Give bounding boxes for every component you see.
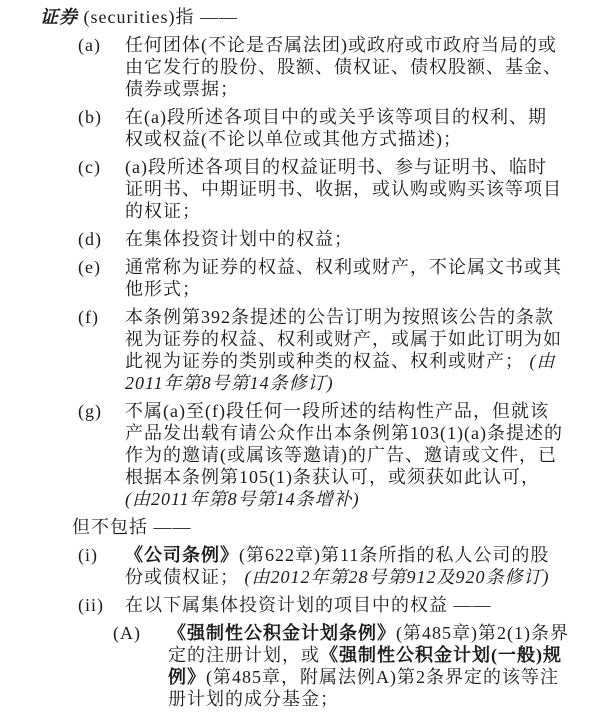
- text-segment: 《强制性公积金计划条例》: [168, 623, 396, 643]
- defined-term-intro-rest: (securities)指 ——: [78, 7, 238, 27]
- item-text: (a)段所述各项目的权益证明书、参与证明书、临时证明书、中期证明书、收据，或认购…: [125, 156, 564, 222]
- exclusion-item-i: (i)《公司条例》(第622章)第11条所指的私人公司的股份或债权证； (由20…: [78, 544, 572, 588]
- item-text: 在(a)段所述各项目中的或关乎该等项目的权利、期权或权益(不论以单位或其他方式描…: [125, 106, 564, 150]
- exclusion-intro: 但不包括 ——: [72, 516, 572, 538]
- document-body: { "page": { "background_color": "#ffffff…: [0, 0, 600, 720]
- item-label: (A): [113, 622, 168, 644]
- item-label: (i): [78, 544, 125, 566]
- definition-item-c: (c)(a)段所述各项目的权益证明书、参与证明书、临时证明书、中期证明书、收据，…: [78, 156, 572, 222]
- item-text: 任何团体(不论是否属法团)或政府或市政府当局的或由它发行的股份、股额、债权证、债…: [125, 34, 564, 100]
- text-segment: 但不包括 ——: [72, 517, 192, 537]
- text-segment: 通常称为证券的权益、权利或财产，不论属文书或其他形式；: [125, 257, 562, 299]
- item-text: 在集体投资计划中的权益；: [125, 228, 564, 250]
- definition-item-g: (g)不属(a)至(f)段任何一段所述的结构性产品，但就该产品发出载有请公众作出…: [78, 400, 572, 510]
- item-text: 在以下属集体投资计划的项目中的权益 ——: [125, 594, 564, 616]
- item-text: 本条例第392条提述的公告订明为按照该公告的条款视为证券的权益、权利或财产，或属…: [125, 306, 564, 394]
- item-text: 通常称为证券的权益、权利或财产，不论属文书或其他形式；: [125, 256, 564, 300]
- text-segment: (a)段所述各项目的权益证明书、参与证明书、临时证明书、中期证明书、收据，或认购…: [125, 157, 562, 221]
- definition-intro: 证券 (securities)指 ——: [40, 6, 572, 28]
- item-text: 《公司条例》(第622章)第11条所指的私人公司的股份或债权证； (由2012年…: [125, 544, 564, 588]
- text-segment: 在集体投资计划中的权益；: [125, 229, 353, 249]
- defined-term: 证券: [40, 7, 78, 27]
- text-segment: 在以下属集体投资计划的项目中的权益 ——: [125, 595, 492, 615]
- text-segment: (由2011年第8号第14条增补): [125, 489, 360, 509]
- exclusion-item-ii: (ii)在以下属集体投资计划的项目中的权益 ——: [78, 594, 572, 616]
- item-label: (e): [78, 256, 125, 278]
- definition-item-a: (a)任何团体(不论是否属法团)或政府或市政府当局的或由它发行的股份、股额、债权…: [78, 34, 572, 100]
- definition-item-f: (f)本条例第392条提述的公告订明为按照该公告的条款视为证券的权益、权利或财产…: [78, 306, 572, 394]
- item-text: 但不包括 ——: [72, 516, 572, 538]
- item-label: (a): [78, 34, 125, 56]
- definition-item-e: (e)通常称为证券的权益、权利或财产，不论属文书或其他形式；: [78, 256, 572, 300]
- text-segment: 任何团体(不论是否属法团)或政府或市政府当局的或由它发行的股份、股额、债权证、债…: [125, 35, 562, 99]
- exclusion-sub-item-A: (A)《强制性公积金计划条例》(第485章)第2(1)条界定的注册计划，或《强制…: [113, 622, 572, 710]
- text-segment: 本条例第392条提述的公告订明为按照该公告的条款视为证券的权益、权利或财产，或属…: [125, 307, 562, 371]
- text-segment: (由2012年第28号第912及920条修订): [239, 567, 550, 587]
- definition-item-d: (d)在集体投资计划中的权益；: [78, 228, 572, 250]
- text-segment: 《公司条例》: [125, 545, 239, 565]
- item-label: (g): [78, 400, 125, 422]
- item-label: (ii): [78, 594, 125, 616]
- definition-items: (a)任何团体(不论是否属法团)或政府或市政府当局的或由它发行的股份、股额、债权…: [40, 34, 572, 710]
- item-text: 不属(a)至(f)段任何一段所述的结构性产品，但就该产品发出载有请公众作出本条例…: [125, 400, 564, 510]
- text-segment: (第485章，附属法例A)第2条界定的该等注册计划的成分基金；: [168, 667, 559, 709]
- document-page: 证券 (securities)指 —— (a)任何团体(不论是否属法团)或政府或…: [0, 0, 600, 710]
- item-label: (d): [78, 228, 125, 250]
- text-segment: 不属(a)至(f)段任何一段所述的结构性产品，但就该产品发出载有请公众作出本条例…: [125, 401, 563, 487]
- item-text: 《强制性公积金计划条例》(第485章)第2(1)条界定的注册计划，或《强制性公积…: [168, 622, 570, 710]
- item-label: (f): [78, 306, 125, 328]
- item-label: (b): [78, 106, 125, 128]
- item-label: (c): [78, 156, 125, 178]
- definition-item-b: (b)在(a)段所述各项目中的或关乎该等项目的权利、期权或权益(不论以单位或其他…: [78, 106, 572, 150]
- text-segment: 在(a)段所述各项目中的或关乎该等项目的权利、期权或权益(不论以单位或其他方式描…: [125, 107, 547, 149]
